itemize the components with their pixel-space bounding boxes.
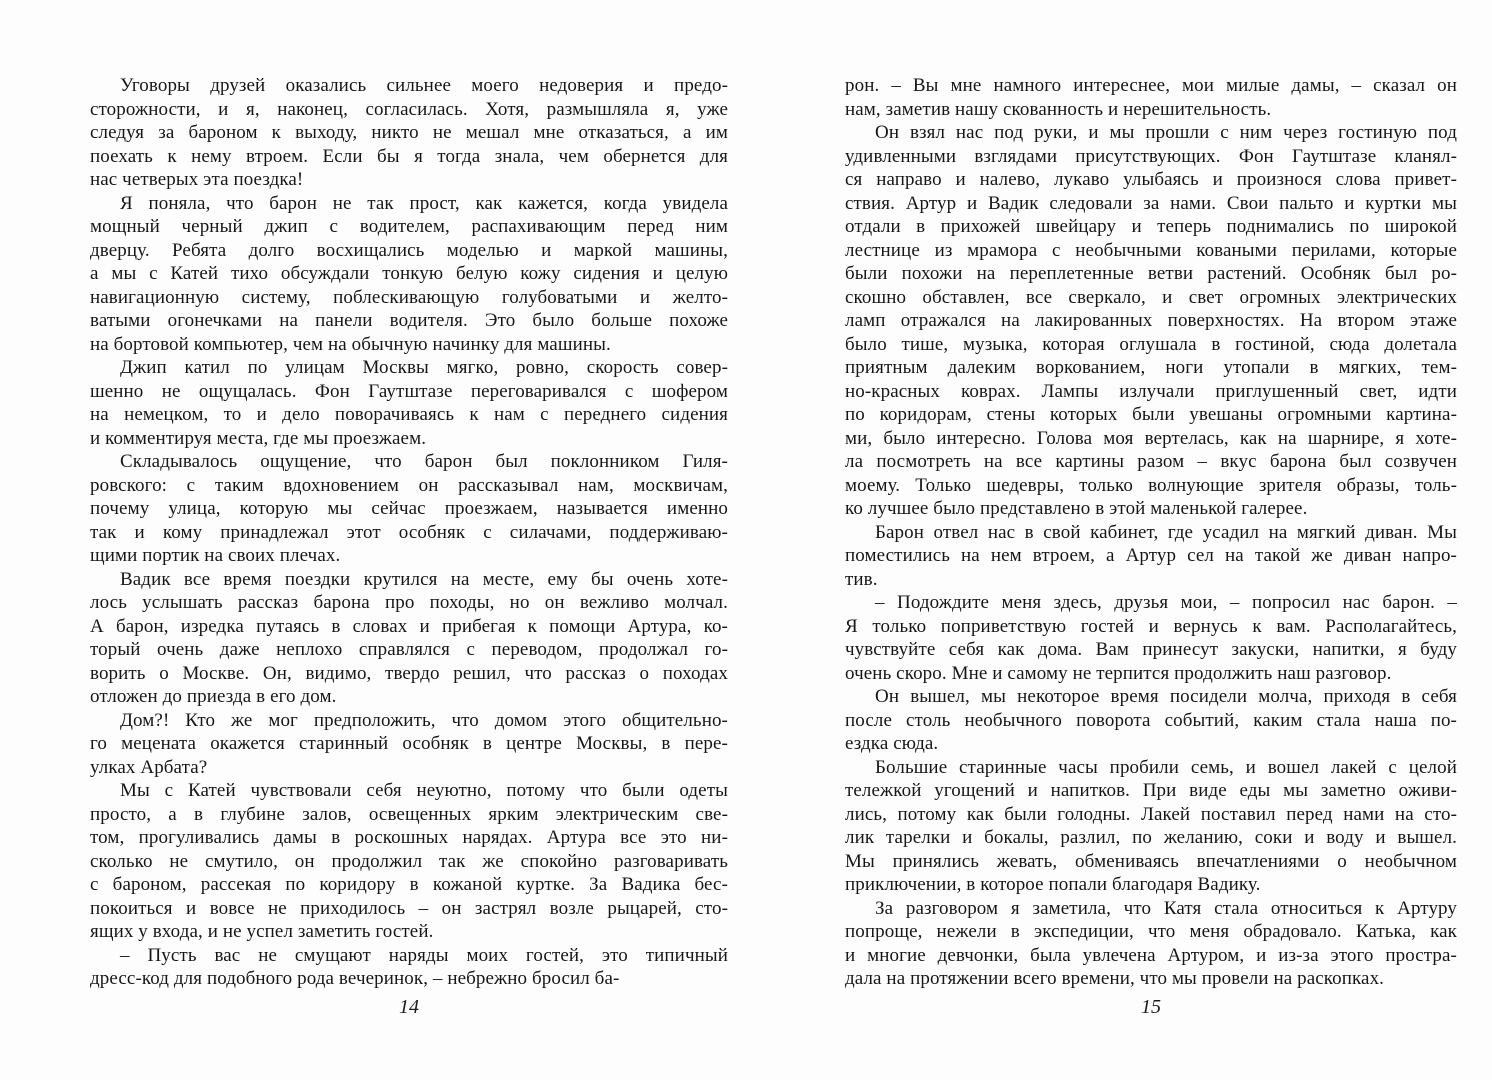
text-line: сторожности, и я, наконец, согласилась. …: [90, 98, 728, 122]
paragraph: Он вышел, мы некоторое время посидели мо…: [845, 685, 1457, 756]
text-line: А барон, изредка путаясь в словах и приб…: [90, 615, 728, 639]
text-line: торый очень даже неплохо справлялся с пе…: [90, 638, 728, 662]
text-line: ся направо и налево, лукаво улыбаясь и п…: [845, 168, 1457, 192]
text-line: отдали в прихожей швейцару и теперь подн…: [845, 215, 1457, 239]
text-line: приятным далеким воркованием, ноги утопа…: [845, 356, 1457, 380]
text-line: нам, заметив нашу скованность и нерешите…: [845, 98, 1457, 122]
text-line: по коридорам, стены которых были увешаны…: [845, 403, 1457, 427]
text-line: было тише, музыка, которая оглушала в го…: [845, 333, 1457, 357]
text-line: дверцу. Ребята долго восхищались моделью…: [90, 239, 728, 263]
text-line: ствия. Артур и Вадик следовали за нами. …: [845, 192, 1457, 216]
text-line: отложен до приезда в его дом.: [90, 685, 728, 709]
text-line: ящих у входа, и не успел заметить гостей…: [90, 920, 728, 944]
page-right-text-block: рон. – Вы мне намного интереснее, мои ми…: [845, 74, 1457, 991]
paragraph: Я поняла, что барон не так прост, как ка…: [90, 192, 728, 357]
text-line: удивленными взглядами присутствующих. Фо…: [845, 145, 1457, 169]
paragraph: Складывалось ощущение, что барон был пок…: [90, 450, 728, 568]
paragraph: Вадик все время поездки крутился на мест…: [90, 568, 728, 709]
text-line: ездка сюда.: [845, 732, 1457, 756]
text-line: мощный черный джип с водителем, распахив…: [90, 215, 728, 239]
book-spread: Уговоры друзей оказались сильнее моего н…: [0, 0, 1492, 1080]
text-line: Джип катил по улицам Москвы мягко, ровно…: [90, 356, 728, 380]
paragraph: Барон отвел нас в свой кабинет, где усад…: [845, 521, 1457, 592]
text-line: чувствуйте себя как дома. Вам принесут з…: [845, 638, 1457, 662]
paragraph: – Пусть вас не смущают наряды моих госте…: [90, 944, 728, 991]
text-line: ватыми огонечками на панели водителя. Эт…: [90, 309, 728, 333]
text-line: попроще, нежели в экспедиции, что меня о…: [845, 920, 1457, 944]
text-line: – Пусть вас не смущают наряды моих госте…: [90, 944, 728, 968]
page-right-number: 15: [845, 996, 1457, 1019]
text-line: Вадик все время поездки крутился на мест…: [90, 568, 728, 592]
text-line: Складывалось ощущение, что барон был пок…: [90, 450, 728, 474]
text-line: ми, было интересно. Голова моя вертелась…: [845, 427, 1457, 451]
text-line: ко лучшее было представлено в этой мален…: [845, 497, 1457, 521]
text-line: Уговоры друзей оказались сильнее моего н…: [90, 74, 728, 98]
paragraph: Мы с Катей чувствовали себя неуютно, пот…: [90, 779, 728, 944]
text-line: дресс-код для подобного рода вечеринок, …: [90, 967, 728, 991]
text-line: Он взял нас под руки, и мы прошли с ним …: [845, 121, 1457, 145]
text-line: а мы с Катей тихо обсуждали тонкую белую…: [90, 262, 728, 286]
text-line: навигационную систему, поблескивающую го…: [90, 286, 728, 310]
text-line: лик тарелки и бокалы, разлил, по желанию…: [845, 826, 1457, 850]
text-line: дала на протяжении всего времени, что мы…: [845, 967, 1457, 991]
text-line: просто, а в глубине залов, освещенных яр…: [90, 803, 728, 827]
text-line: почему улица, которую мы сейчас проезжае…: [90, 497, 728, 521]
text-line: щими портик на своих плечах.: [90, 544, 728, 568]
text-line: шенно не ощущалась. Фон Гаутштазе перего…: [90, 380, 728, 404]
text-line: но-красных коврах. Лампы излучали приглу…: [845, 380, 1457, 404]
text-line: улках Арбата?: [90, 756, 728, 780]
text-line: го мецената окажется старинный особняк в…: [90, 732, 728, 756]
text-line: Мы с Катей чувствовали себя неуютно, пот…: [90, 779, 728, 803]
text-line: тив.: [845, 568, 1457, 592]
page-left-number: 14: [90, 996, 728, 1019]
paragraph: – Подождите меня здесь, друзья мои, – по…: [845, 591, 1457, 685]
text-line: Большие старинные часы пробили семь, и в…: [845, 756, 1457, 780]
text-line: приключении, в которое попали благодаря …: [845, 873, 1457, 897]
text-line: поместились на нем втроем, а Артур сел н…: [845, 544, 1457, 568]
text-line: ровского: с таким вдохновением он расска…: [90, 474, 728, 498]
text-line: Мы принялись жевать, обмениваясь впечатл…: [845, 850, 1457, 874]
page-left-text-block: Уговоры друзей оказались сильнее моего н…: [90, 74, 728, 991]
paragraph: Джип катил по улицам Москвы мягко, ровно…: [90, 356, 728, 450]
paragraph: За разговором я заметила, что Катя стала…: [845, 897, 1457, 991]
text-line: и комментируя места, где мы проезжаем.: [90, 427, 728, 451]
paragraph: Дом?! Кто же мог предположить, что домом…: [90, 709, 728, 780]
text-line: Я только поприветствую гостей и вернусь …: [845, 615, 1457, 639]
paragraph: Он взял нас под руки, и мы прошли с ним …: [845, 121, 1457, 521]
text-line: лестнице из мрамора с необычными кованым…: [845, 239, 1457, 263]
text-line: том, прогуливались дамы в роскошных наря…: [90, 826, 728, 850]
text-line: – Подождите меня здесь, друзья мои, – по…: [845, 591, 1457, 615]
text-line: За разговором я заметила, что Катя стала…: [845, 897, 1457, 921]
text-line: покоиться и вовсе не приходилось – он за…: [90, 897, 728, 921]
text-line: сколько не смутило, он продолжил так же …: [90, 850, 728, 874]
text-line: после столь необычного поворота событий,…: [845, 709, 1457, 733]
paragraph: Большие старинные часы пробили семь, и в…: [845, 756, 1457, 897]
paragraph: Уговоры друзей оказались сильнее моего н…: [90, 74, 728, 192]
text-line: с бароном, рассекая по коридору в кожано…: [90, 873, 728, 897]
text-line: Дом?! Кто же мог предположить, что домом…: [90, 709, 728, 733]
text-line: Я поняла, что барон не так прост, как ка…: [90, 192, 728, 216]
text-line: скошно обставлен, все сверкало, и свет о…: [845, 286, 1457, 310]
text-line: на бортовой компьютер, чем на обычную на…: [90, 333, 728, 357]
text-line: нас четверых эта поездка!: [90, 168, 728, 192]
text-line: следуя за бароном к выходу, никто не меш…: [90, 121, 728, 145]
paragraph: рон. – Вы мне намного интереснее, мои ми…: [845, 74, 1457, 121]
text-line: и многие девчонки, была увлечена Артуром…: [845, 944, 1457, 968]
text-line: тележкой угощений и напитков. При виде е…: [845, 779, 1457, 803]
text-line: ворить о Москве. Он, видимо, твердо реши…: [90, 662, 728, 686]
text-line: Барон отвел нас в свой кабинет, где усад…: [845, 521, 1457, 545]
text-line: моему. Только шедевры, только волнующие …: [845, 474, 1457, 498]
text-line: лось услышать рассказ барона про походы,…: [90, 591, 728, 615]
text-line: ламп отражался на лакированных поверхнос…: [845, 309, 1457, 333]
text-line: очень скоро. Мне и самому не терпится пр…: [845, 662, 1457, 686]
text-line: поехать к нему втроем. Если бы я тогда з…: [90, 145, 728, 169]
text-line: рон. – Вы мне намного интереснее, мои ми…: [845, 74, 1457, 98]
text-line: на немецком, то и дело поворачиваясь к н…: [90, 403, 728, 427]
text-line: так и кому принадлежал этот особняк с си…: [90, 521, 728, 545]
text-line: были похожи на переплетенные ветви расте…: [845, 262, 1457, 286]
text-line: лись, потому как были голодны. Лакей пос…: [845, 803, 1457, 827]
text-line: Он вышел, мы некоторое время посидели мо…: [845, 685, 1457, 709]
text-line: ла посмотреть на все картины разом – вку…: [845, 450, 1457, 474]
